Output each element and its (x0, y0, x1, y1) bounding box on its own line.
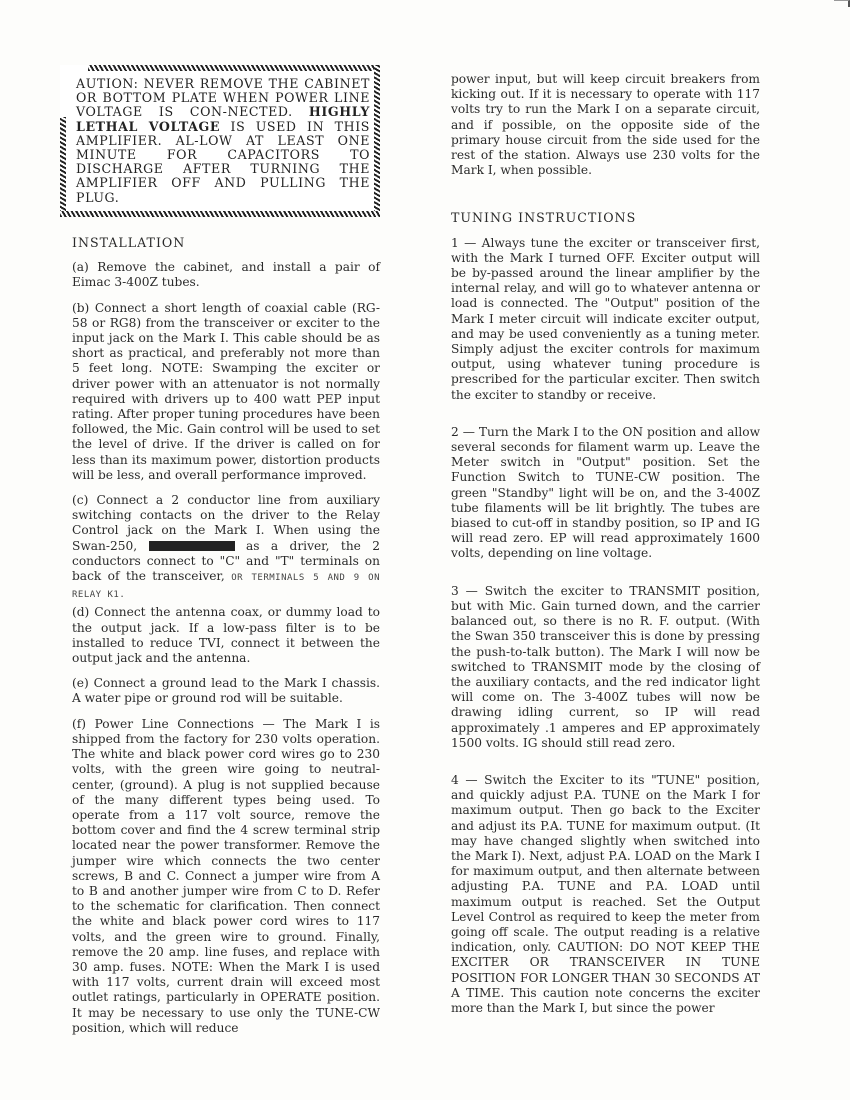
tuning-step-3: 3 — Switch the exciter to TRANSMIT posit… (451, 584, 760, 751)
hatched-border-right (374, 65, 380, 217)
tuning-heading: TUNING INSTRUCTIONS (451, 210, 760, 225)
scan-corner-mark (834, 0, 850, 7)
installation-heading: INSTALLATION (72, 235, 380, 250)
right-column: power input, but will keep circuit break… (451, 72, 760, 1026)
redaction-mark (149, 541, 235, 551)
installation-step-e: (e) Connect a ground lead to the Mark I … (72, 676, 380, 706)
hatched-border-top (88, 65, 380, 71)
left-column: INSTALLATION (a) Remove the cabinet, and… (72, 235, 380, 1046)
tuning-step-1: 1 — Always tune the exciter or transceiv… (451, 236, 760, 403)
caution-text: AUTION: NEVER REMOVE THE CABINET OR BOTT… (76, 77, 370, 205)
hatched-border-left (60, 117, 66, 217)
caution-box: AUTION: NEVER REMOVE THE CABINET OR BOTT… (60, 65, 380, 217)
installation-step-a: (a) Remove the cabinet, and install a pa… (72, 260, 380, 290)
installation-step-c: (c) Connect a 2 conductor line from auxi… (72, 493, 380, 603)
installation-step-d: (d) Connect the antenna coax, or dummy l… (72, 605, 380, 666)
installation-step-b: (b) Connect a short length of coaxial ca… (72, 301, 380, 483)
installation-step-f-continued: power input, but will keep circuit break… (451, 72, 760, 178)
installation-step-f: (f) Power Line Connections — The Mark I … (72, 717, 380, 1036)
tuning-step-2: 2 — Turn the Mark I to the ON position a… (451, 425, 760, 562)
hatched-border-bottom (60, 211, 380, 217)
tuning-step-4: 4 — Switch the Exciter to its "TUNE" pos… (451, 773, 760, 1016)
